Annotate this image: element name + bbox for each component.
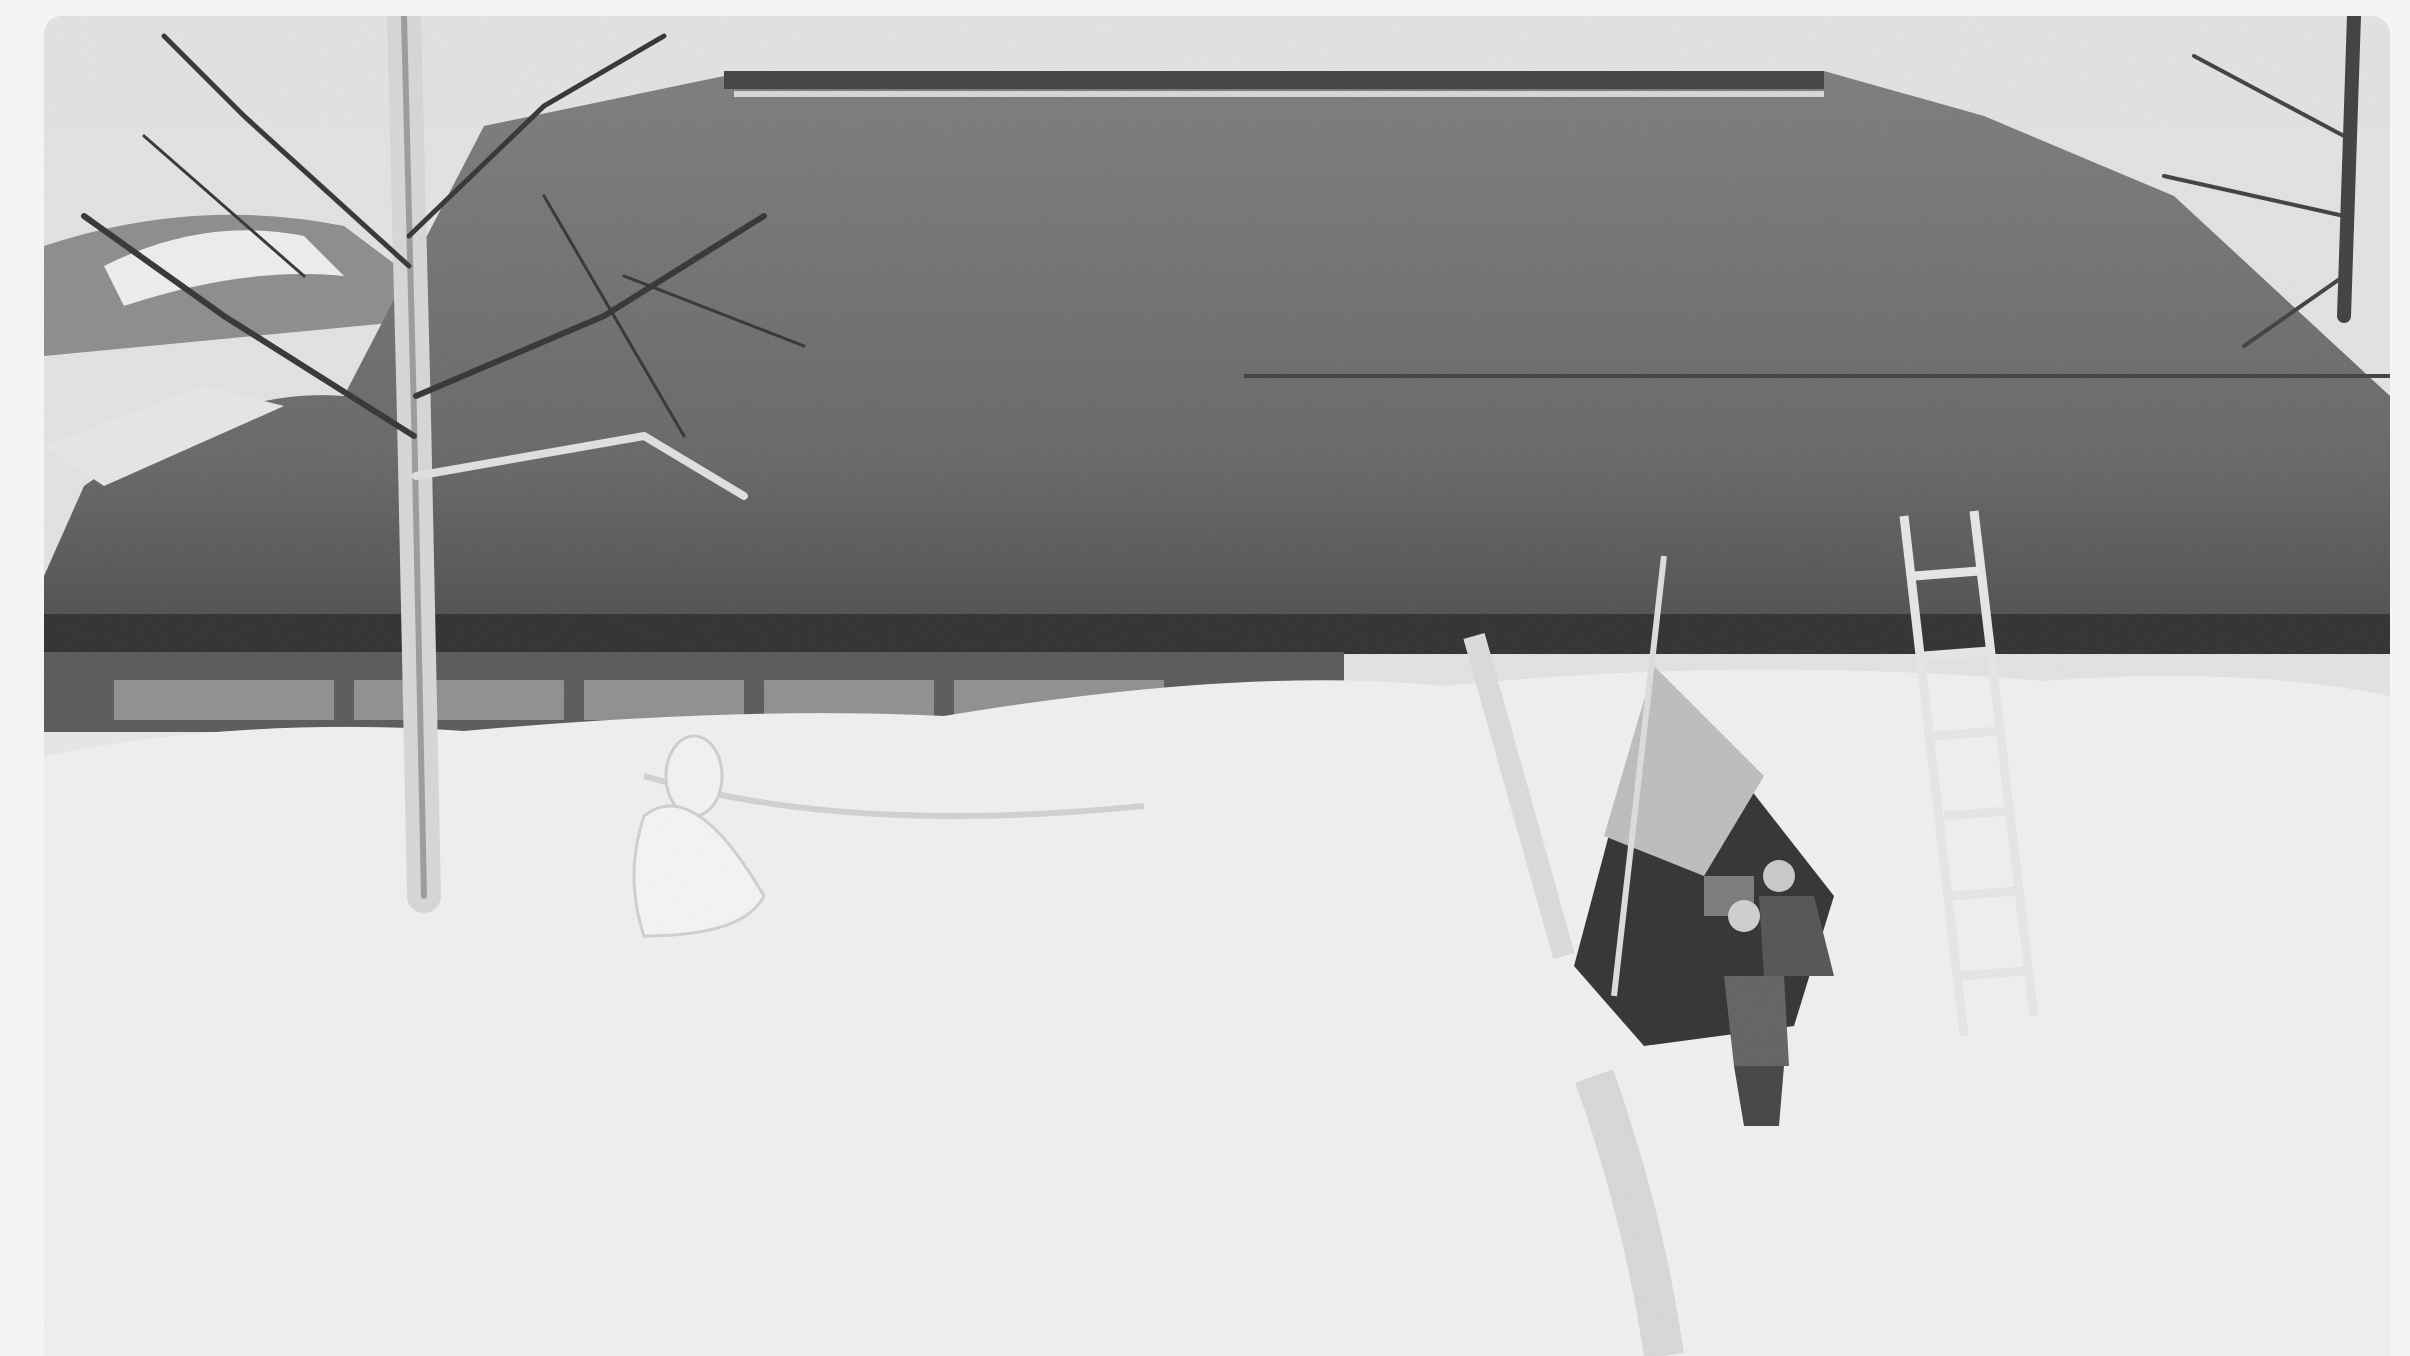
photograph: Vintage black-and-white photograph of a … (44, 16, 2390, 1356)
scene (44, 16, 2390, 1356)
film-grain (44, 16, 2390, 1356)
